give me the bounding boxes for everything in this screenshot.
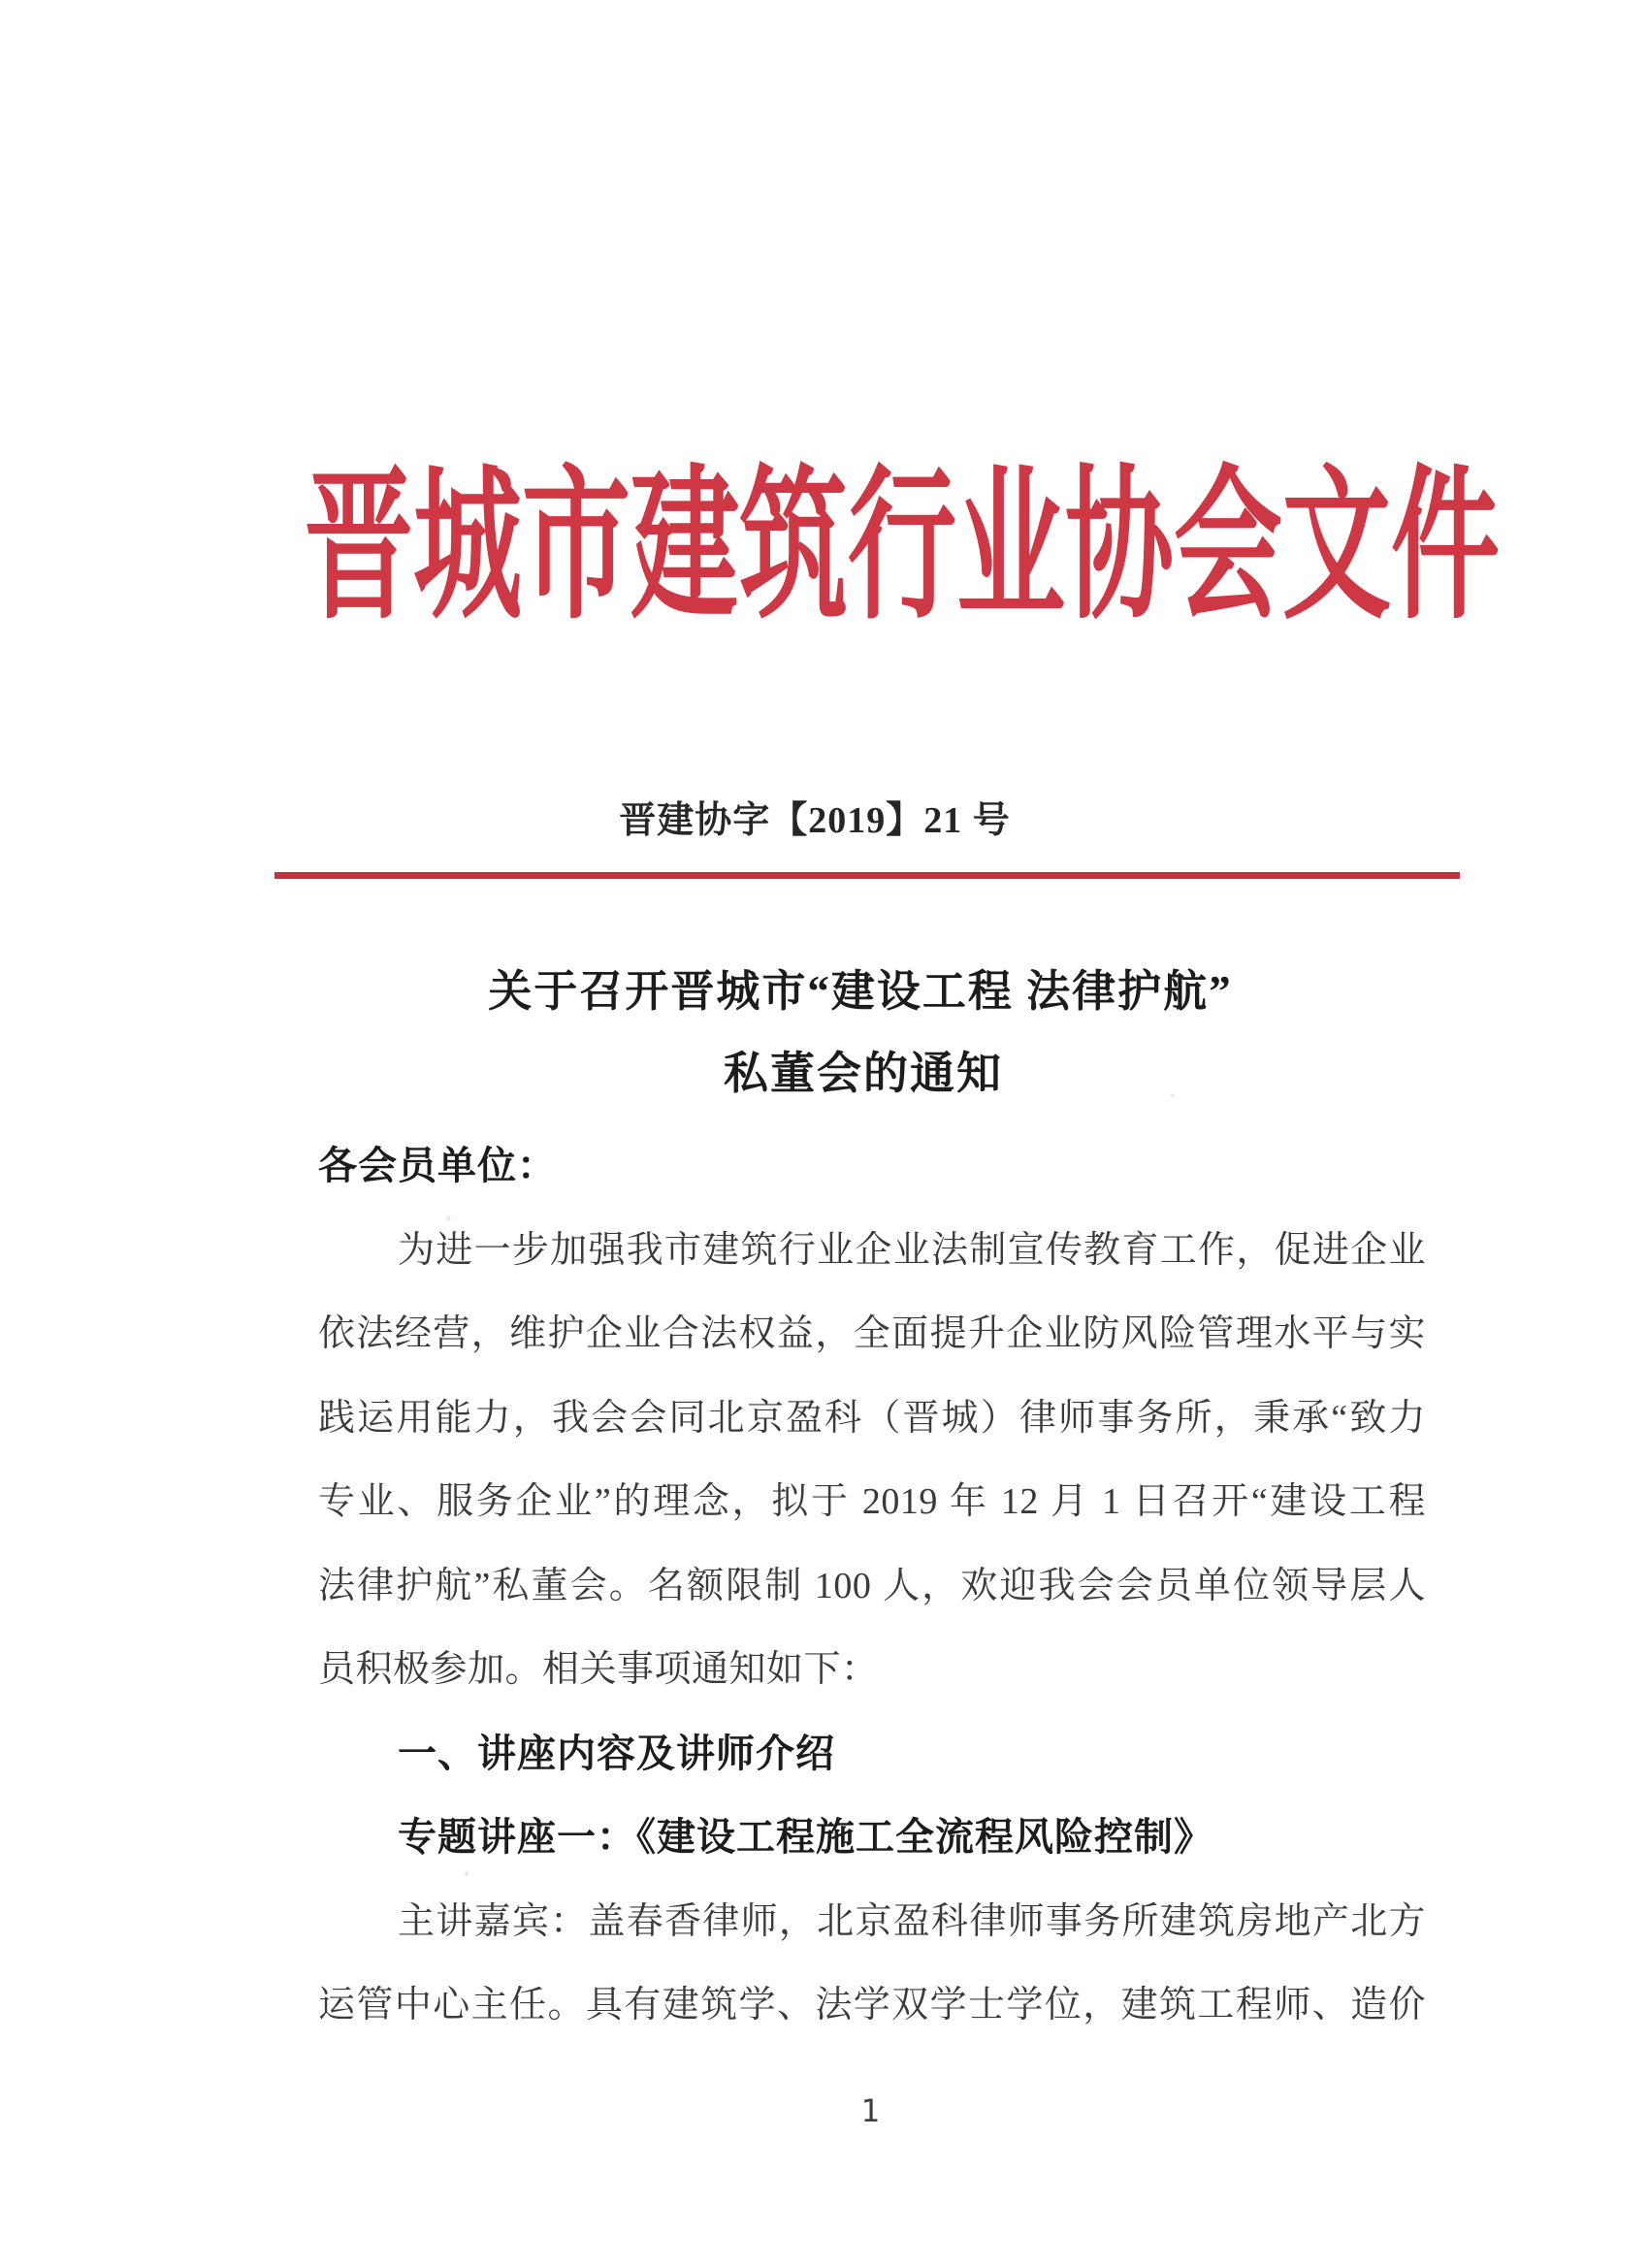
section-heading: 一、讲座内容及讲师介绍 [318,1712,1426,1797]
notice-body: 各会员单位： 为进一步加强我市建筑行业企业法制宣传教育工作，促进企业 依法经营，… [318,1124,1426,2048]
red-divider-line [275,872,1460,879]
letterhead-title: 晋城市建筑行业协会文件 [305,449,1420,647]
notice-title-line1: 关于召开晋城市“建设工程 法律护航” [488,966,1232,1017]
document-number: 晋建协字【2019】21 号 [619,799,1011,842]
scan-speck [1171,1094,1175,1097]
scan-speck [465,1871,469,1876]
body-line-6: 员积极参加。相关事项通知如下： [318,1628,1426,1712]
body-line-3: 践运用能力，我会会同北京盈科（晋城）律师事务所，秉承“致力 [318,1377,1426,1461]
notice-title-line2: 私董会的通知 [724,1049,1003,1099]
speaker-line-1: 主讲嘉宾：盖春香律师，北京盈科律师事务所建筑房地产北方 [318,1880,1426,1964]
body-line-4: 专业、服务企业”的理念，拟于 2019 年 12 月 1 日召开“建设工程 [318,1460,1426,1544]
document-page: 晋城市建筑行业协会文件 晋建协字【2019】21 号 关于召开晋城市“建设工程 … [0,0,1649,2268]
body-line-5: 法律护航”私董会。名额限制 100 人，欢迎我会会员单位领导层人 [318,1544,1426,1629]
speaker-line-2: 运管中心主任。具有建筑学、法学双学士学位，建筑工程师、造价 [318,1963,1426,2048]
page-number: 1 [860,2093,879,2128]
scan-speck [446,1216,451,1220]
salutation: 各会员单位： [318,1124,1426,1209]
body-line-1: 为进一步加强我市建筑行业企业法制宣传教育工作，促进企业 [318,1209,1426,1293]
body-line-2: 依法经营，维护企业合法权益，全面提升企业防风险管理水平与实 [318,1292,1426,1377]
lecture-heading: 专题讲座一：《建设工程施工全流程风险控制》 [318,1796,1426,1880]
